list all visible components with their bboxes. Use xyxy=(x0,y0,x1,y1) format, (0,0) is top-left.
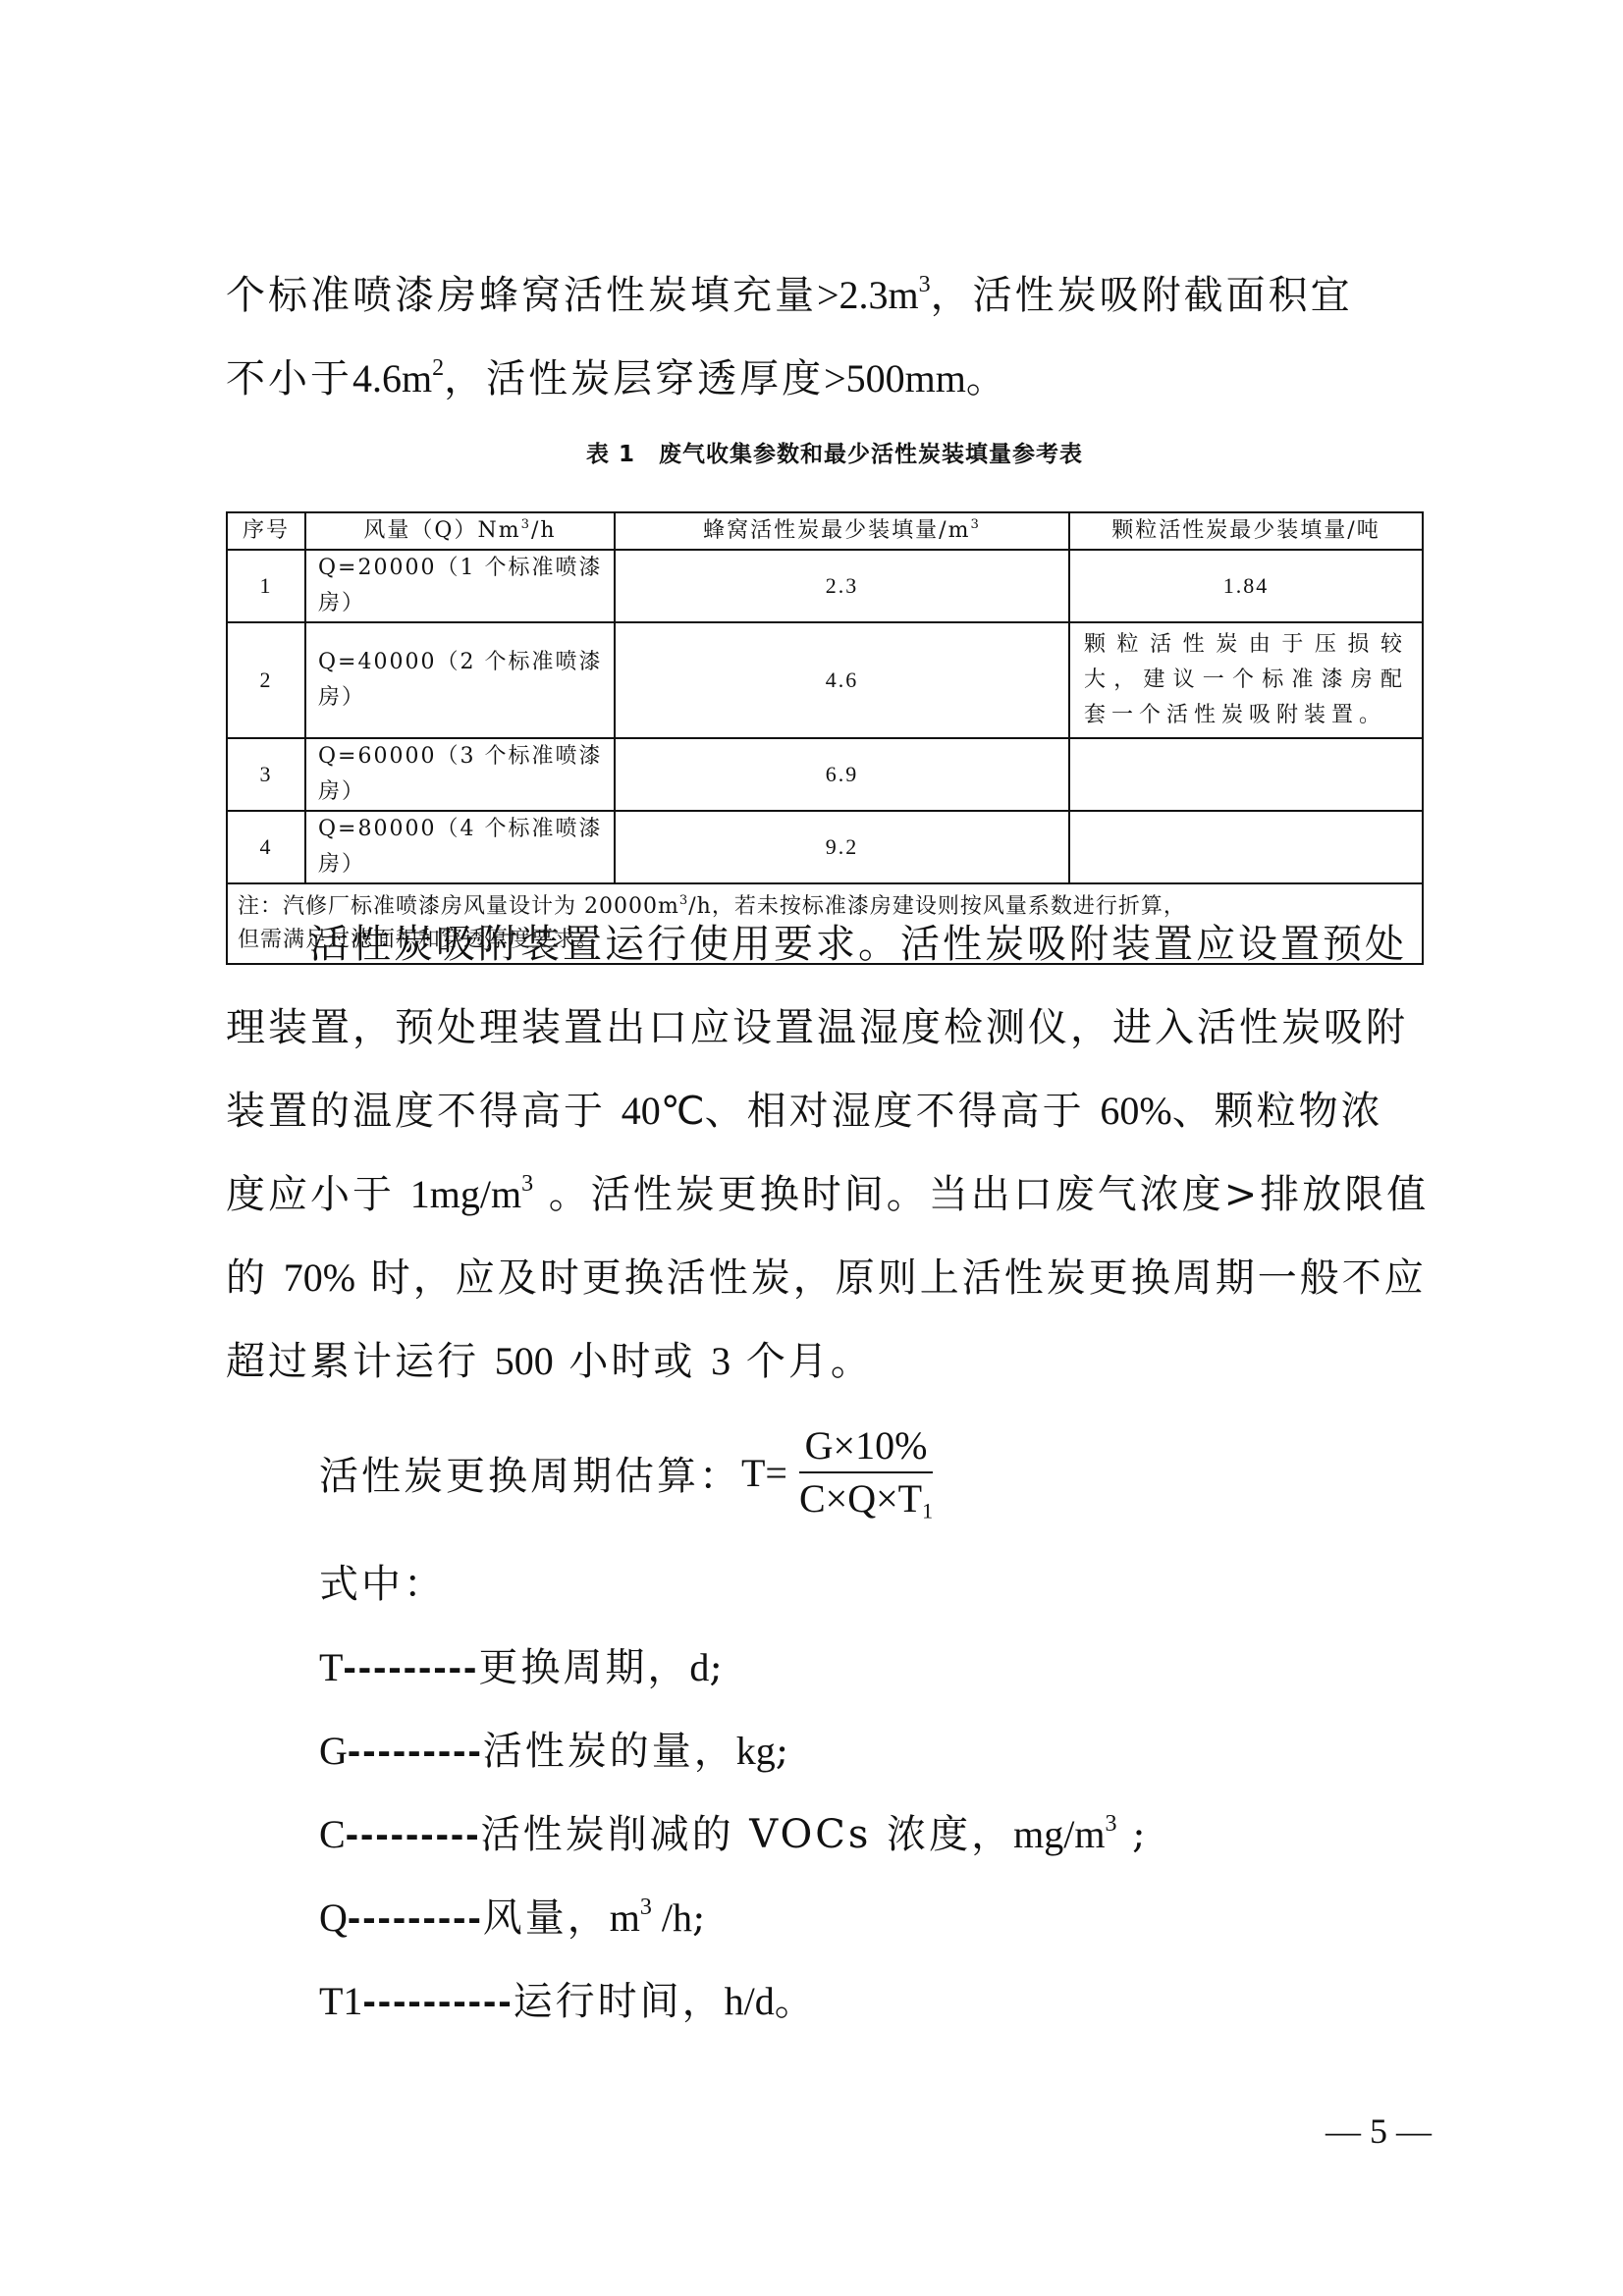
formula-label: 活性炭更换周期估算： xyxy=(319,1445,741,1501)
paragraph-main-line-1: 活性炭吸附装置运行使用要求。活性炭吸附装置应设置预处 xyxy=(226,921,1443,968)
value: >2.3m3 xyxy=(817,273,931,317)
paragraph-main-line-5: 的 70% 时，应及时更换活性炭，原则上活性炭更换周期一般不应 xyxy=(226,1255,1443,1302)
page-number: — 5 — xyxy=(1325,2110,1432,2152)
cell-no: 1 xyxy=(227,550,305,622)
cell-granular: 1.84 xyxy=(1069,550,1423,622)
value: 4.6m2 xyxy=(352,356,444,400)
definition-item: Q---------风量，m3 /h; xyxy=(319,1895,709,1942)
formula-lhs: T= xyxy=(741,1450,787,1496)
formula-denominator: C×Q×T1 xyxy=(793,1473,939,1521)
paragraph-top-line-2: 不小于4.6m2，活性炭层穿透厚度>500mm。 xyxy=(226,355,1443,402)
definition-item: C---------活性炭削减的 VOCs 浓度，mg/m3 ; xyxy=(319,1811,1149,1858)
header-honeycomb: 蜂窝活性炭最少装填量/m3 xyxy=(615,512,1069,550)
cell-no: 2 xyxy=(227,622,305,738)
cell-granular xyxy=(1069,811,1423,883)
replacement-cycle-formula: 活性炭更换周期估算： T= G×10% C×Q×T1 xyxy=(319,1418,939,1526)
reference-table: 序号 风量（Q）Nm3/h 蜂窝活性炭最少装填量/m3 颗粒活性炭最少装填量/吨… xyxy=(226,511,1424,965)
definition-item: T---------更换周期，d; xyxy=(319,1644,726,1691)
cell-airflow: Q=40000（2 个标准喷漆房） xyxy=(305,622,615,738)
table-row: 3 Q=60000（3 个标准喷漆房） 6.9 xyxy=(227,738,1423,811)
definition-item: G---------活性炭的量，kg; xyxy=(319,1728,791,1775)
header-granular: 颗粒活性炭最少装填量/吨 xyxy=(1069,512,1423,550)
header-airflow: 风量（Q）Nm3/h xyxy=(305,512,615,550)
header-no: 序号 xyxy=(227,512,305,550)
table-caption: 表 1 废气收集参数和最少活性炭装填量参考表 xyxy=(226,440,1443,469)
text: 个标准喷漆房蜂窝活性炭填充量 xyxy=(226,273,817,318)
cell-no: 4 xyxy=(227,811,305,883)
cell-honeycomb: 9.2 xyxy=(615,811,1069,883)
cell-granular xyxy=(1069,738,1423,811)
cell-airflow: Q=60000（3 个标准喷漆房） xyxy=(305,738,615,811)
formula-numerator: G×10% xyxy=(799,1424,934,1473)
text: ，活性炭吸附截面积宜 xyxy=(931,273,1353,318)
cell-no: 3 xyxy=(227,738,305,811)
table-row: 4 Q=80000（4 个标准喷漆房） 9.2 xyxy=(227,811,1423,883)
table-row: 2 Q=40000（2 个标准喷漆房） 4.6 颗粒活性炭由于压损较大，建议一个… xyxy=(227,622,1423,738)
table-row: 1 Q=20000（1 个标准喷漆房） 2.3 1.84 xyxy=(227,550,1423,622)
paragraph-main-line-3: 装置的温度不得高于 40℃、相对湿度不得高于 60%、颗粒物浓 xyxy=(226,1088,1443,1135)
cell-honeycomb: 4.6 xyxy=(615,622,1069,738)
table-header-row: 序号 风量（Q）Nm3/h 蜂窝活性炭最少装填量/m3 颗粒活性炭最少装填量/吨 xyxy=(227,512,1423,550)
cell-honeycomb: 2.3 xyxy=(615,550,1069,622)
definitions-intro: 式中： xyxy=(319,1561,446,1608)
cell-airflow: Q=20000（1 个标准喷漆房） xyxy=(305,550,615,622)
paragraph-top-line-1: 个标准喷漆房蜂窝活性炭填充量>2.3m3，活性炭吸附截面积宜 xyxy=(226,272,1443,319)
cell-airflow: Q=80000（4 个标准喷漆房） xyxy=(305,811,615,883)
cell-granular: 颗粒活性炭由于压损较大，建议一个标准漆房配套一个活性炭吸附装置。 xyxy=(1069,622,1423,738)
cell-honeycomb: 6.9 xyxy=(615,738,1069,811)
paragraph-main-line-6: 超过累计运行 500 小时或 3 个月。 xyxy=(226,1338,1443,1385)
formula-fraction: G×10% C×Q×T1 xyxy=(793,1424,939,1521)
paragraph-main-line-2: 理装置，预处理装置出口应设置温湿度检测仪，进入活性炭吸附 xyxy=(226,1004,1443,1051)
definition-item: T1----------运行时间，h/d。 xyxy=(319,1978,817,2025)
paragraph-main-line-4: 度应小于 1mg/m3 。活性炭更换时间。当出口废气浓度>排放限值 xyxy=(226,1171,1443,1218)
